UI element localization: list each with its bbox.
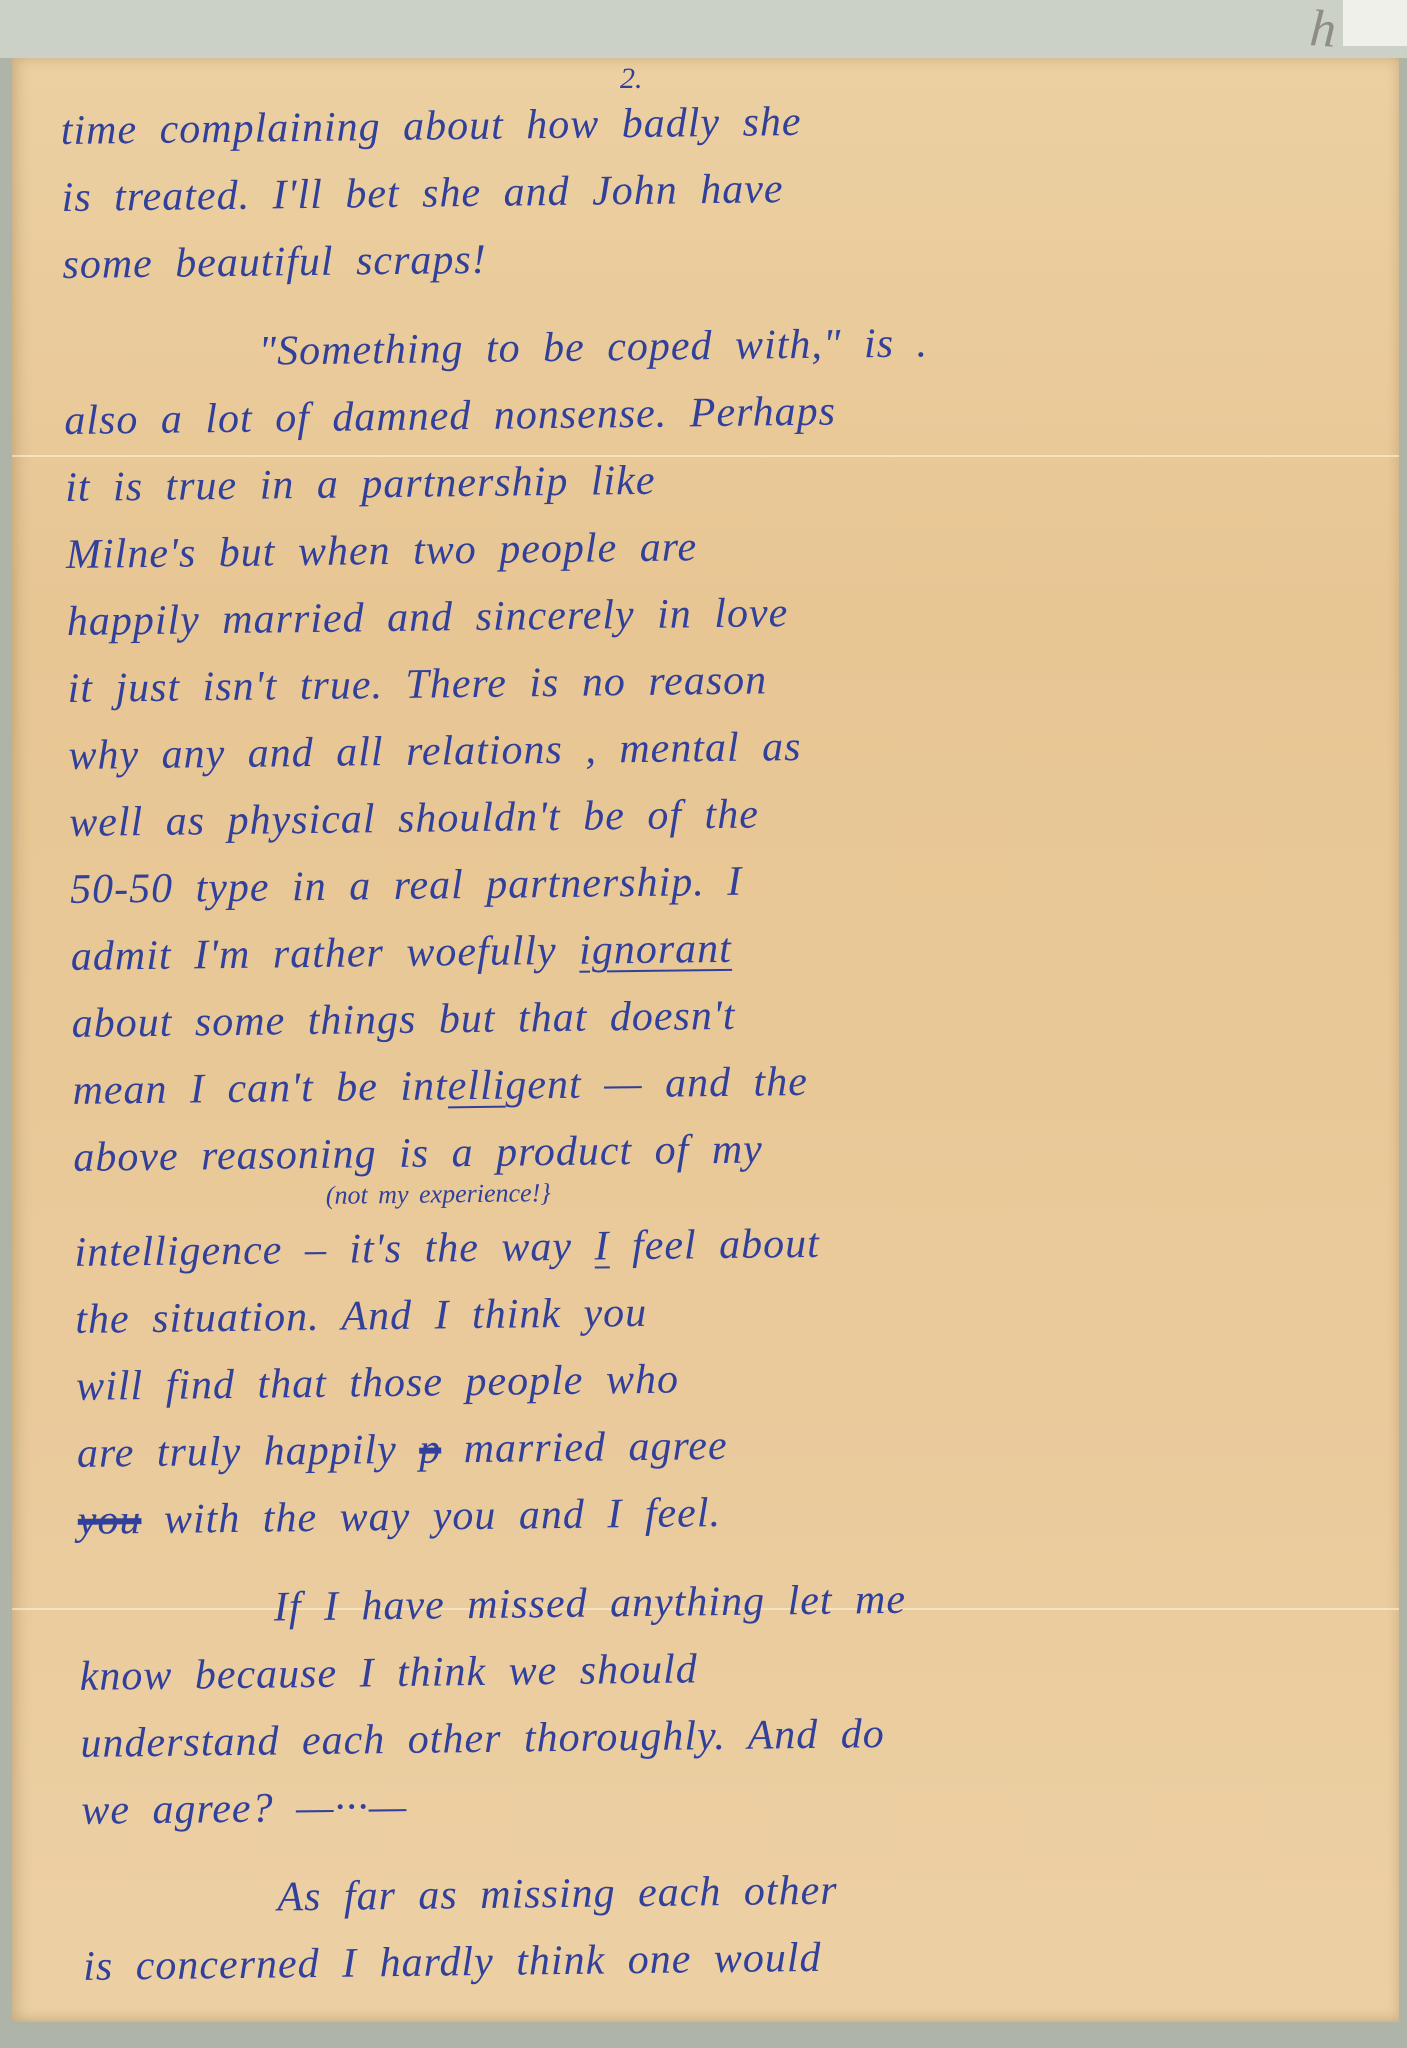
text-segment: married agree [441,1423,728,1472]
text-segment: is treated. I'll bet she and John have [61,166,783,221]
text-segment: admit I'm rather woefully [71,928,580,980]
text-segment: we agree? —···— [81,1784,407,1834]
text-segment: intelligence – it's the way [74,1224,595,1276]
pencil-mark: h [1308,0,1338,60]
text-segment: is concerned I hardly think one would [83,1935,822,1990]
text-segment: some beautiful scraps! [62,237,487,288]
crossed-out-text: p [419,1426,442,1472]
text-segment: above reasoning is a product of my [73,1126,763,1180]
text-segment: gent — and the [505,1059,808,1109]
text-segment: If I have missed anything let me [274,1577,907,1631]
text-segment: also a lot of damned nonsense. Perhaps [64,389,836,444]
scan-corner-highlight [1343,0,1407,46]
underlined-text: I [594,1223,610,1269]
text-segment: about some things but that doesn't [71,993,735,1047]
text-segment: feel about [609,1221,820,1270]
text-segment: "Something to be coped with," is . [258,320,928,374]
text-segment: time complaining about how badly she [61,99,802,154]
letter-page: 2. time complaining about how badly shei… [12,58,1399,2022]
text-segment: 50-50 type in a real partnership. I [70,859,743,913]
scan-top-band [0,0,1407,58]
letter-body: time complaining about how badly sheis t… [60,84,1380,2003]
text-segment: are truly happily [77,1427,420,1477]
text-segment: why any and all relations , mental as [68,724,802,779]
text-segment: with the way you and I feel. [141,1490,721,1543]
underlined-text: elli [447,1063,505,1110]
text-segment: well as physical shouldn't be of the [69,792,759,846]
text-segment: mean I can't be int [72,1063,448,1114]
text-segment: it just isn't true. There is no reason [67,657,767,712]
text-segment: happily married and sincerely in love [67,590,789,645]
text-segment: it is true in a partnership like [65,458,656,511]
underlined-text: ignorant [579,926,732,974]
text-segment: (not my experience!} [326,1178,551,1210]
text-segment: know because I think we should [79,1646,698,1700]
text-segment: will find that those people who [76,1357,679,1410]
scan-backdrop: h 2. time complaining about how badly sh… [0,0,1407,2048]
crossed-out-text: you [78,1497,142,1544]
page-number: 2. [620,62,643,96]
text-segment: the situation. And I think you [75,1290,647,1343]
text-segment: Milne's but when two people are [66,524,698,578]
text-segment: understand each other thoroughly. And do [80,1711,885,1767]
text-segment: As far as missing each other [277,1868,838,1921]
